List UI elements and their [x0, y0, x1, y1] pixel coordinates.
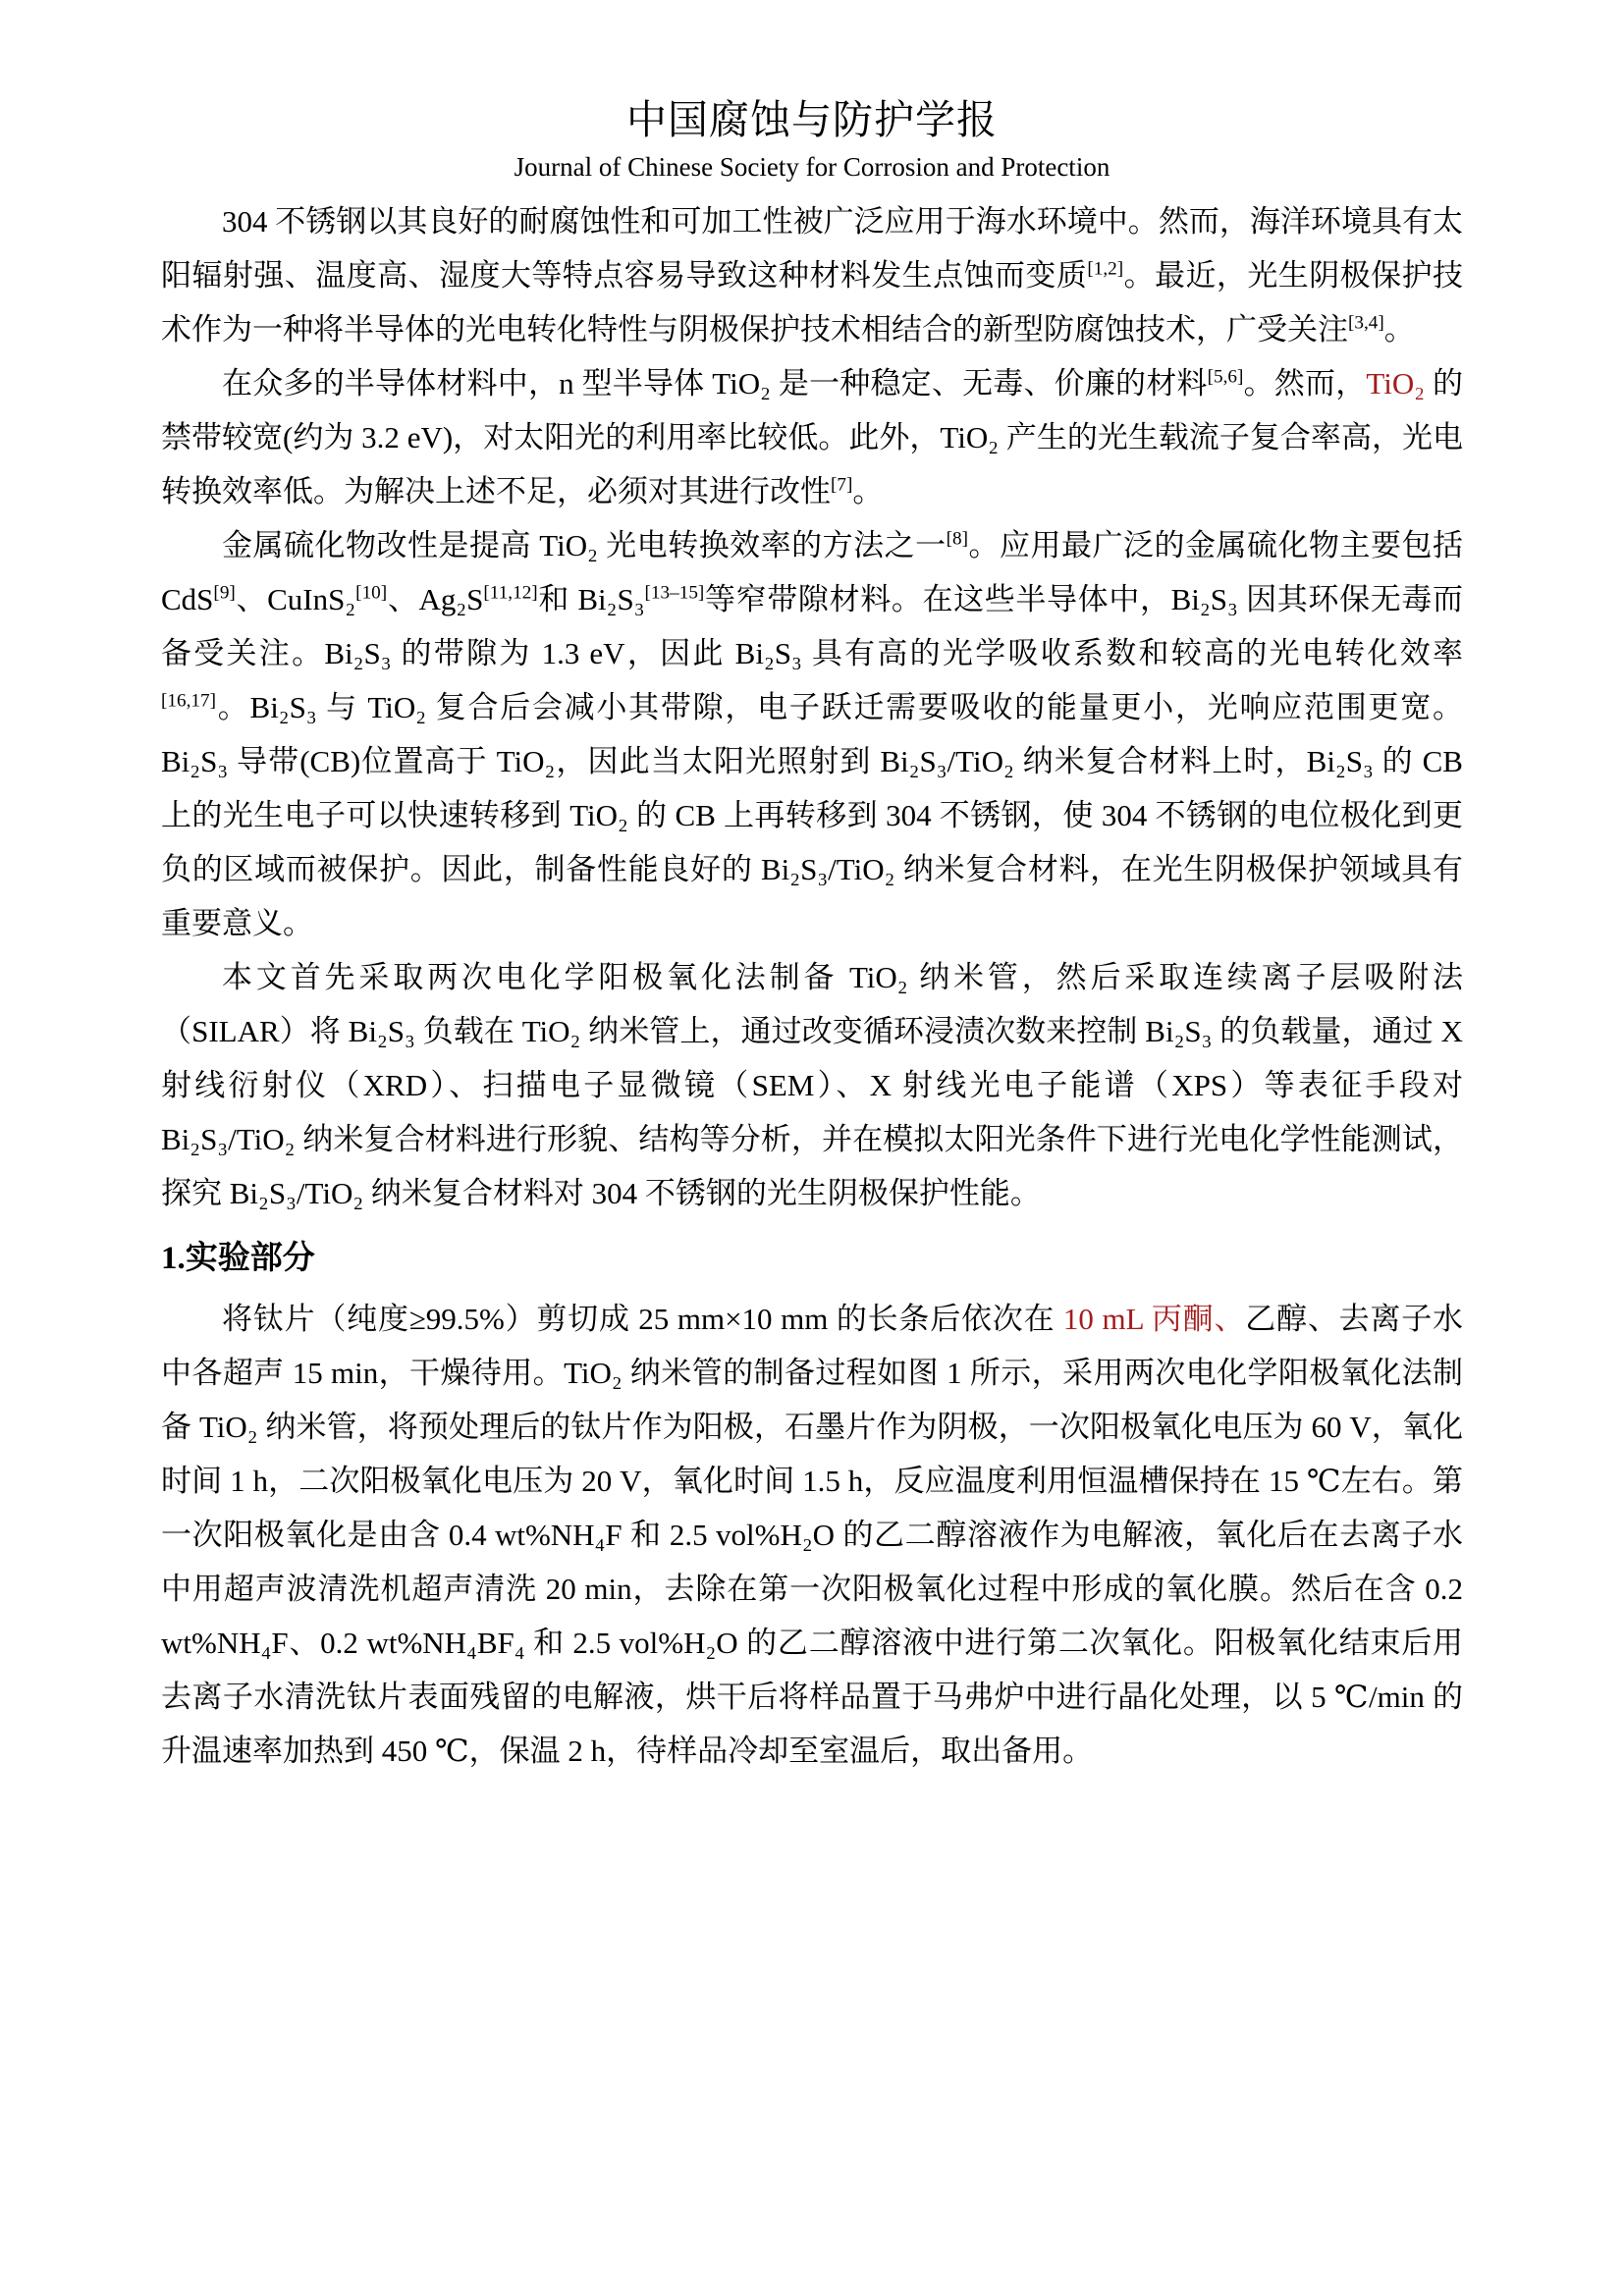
text-run: 乙醇、去离子水中各超声 15 min，干燥待用。TiO₂ 纳米管的制备过程如图 … — [161, 1302, 1463, 1768]
citation-superscript: [9] — [213, 583, 235, 604]
paragraph: 304 不锈钢以其良好的耐腐蚀性和可加工性被广泛应用于海水环境中。然而，海洋环境… — [161, 194, 1463, 356]
text-run: 。 — [1384, 312, 1415, 347]
text-run: 金属硫化物改性是提高 TiO₂ 光电转换效率的方法之一 — [222, 528, 947, 562]
paragraph: 本文首先采取两次电化学阳极氧化法制备 TiO₂ 纳米管，然后采取连续离子层吸附法… — [161, 950, 1463, 1220]
citation-superscript: [8] — [947, 529, 968, 550]
text-run: 、Ag₂S — [387, 582, 483, 616]
text-run: 将钛片（纯度≥99.5%）剪切成 25 mm×10 mm 的长条后依次在 — [222, 1302, 1063, 1336]
citation-superscript: [11,12] — [483, 583, 537, 604]
text-run: 在众多的半导体材料中，n 型半导体 TiO₂ 是一种稳定、无毒、价廉的材料 — [222, 366, 1208, 400]
text-run: 1.实验部分 — [161, 1241, 315, 1276]
journal-title: 中国腐蚀与防护学报 — [161, 94, 1463, 145]
highlighted-text-run: 10 mL 丙酮、 — [1063, 1302, 1245, 1336]
citation-superscript: [16,17] — [161, 691, 216, 712]
paragraph: 将钛片（纯度≥99.5%）剪切成 25 mm×10 mm 的长条后依次在 10 … — [161, 1292, 1463, 1778]
text-run: 、CuInS₂ — [236, 582, 355, 616]
page-background: { "document": { "title": "中国腐蚀与防护学报", "s… — [0, 0, 1624, 2296]
text-run: 本文首先采取两次电化学阳极氧化法制备 TiO₂ 纳米管，然后采取连续离子层吸附法… — [161, 960, 1463, 1210]
citation-superscript: [1,2] — [1087, 259, 1123, 280]
citation-superscript: [10] — [355, 583, 387, 604]
highlighted-text-run: TiO₂ — [1366, 366, 1425, 400]
citation-superscript: [7] — [831, 475, 852, 496]
citation-superscript: [3,4] — [1348, 313, 1384, 334]
paragraph: 金属硫化物改性是提高 TiO₂ 光电转换效率的方法之一[8]。应用最广泛的金属硫… — [161, 518, 1463, 950]
citation-superscript: [5,6] — [1208, 367, 1244, 388]
document-page: 中国腐蚀与防护学报 Journal of Chinese Society for… — [0, 0, 1624, 2296]
text-run: 。Bi₂S₃ 与 TiO₂ 复合后会减小其带隙，电子跃迁需要吸收的能量更小，光响… — [161, 690, 1463, 940]
document-body: 304 不锈钢以其良好的耐腐蚀性和可加工性被广泛应用于海水环境中。然而，海洋环境… — [161, 194, 1463, 1778]
text-run: 和 Bi₂S₃ — [538, 582, 645, 616]
text-run: 。然而， — [1243, 366, 1366, 400]
journal-subtitle: Journal of Chinese Society for Corrosion… — [161, 149, 1463, 185]
text-run: 。 — [852, 474, 883, 508]
section-heading: 1.实验部分 — [161, 1232, 1463, 1286]
paragraph: 在众多的半导体材料中，n 型半导体 TiO₂ 是一种稳定、无毒、价廉的材料[5,… — [161, 356, 1463, 518]
citation-superscript: [13–15] — [645, 583, 705, 604]
